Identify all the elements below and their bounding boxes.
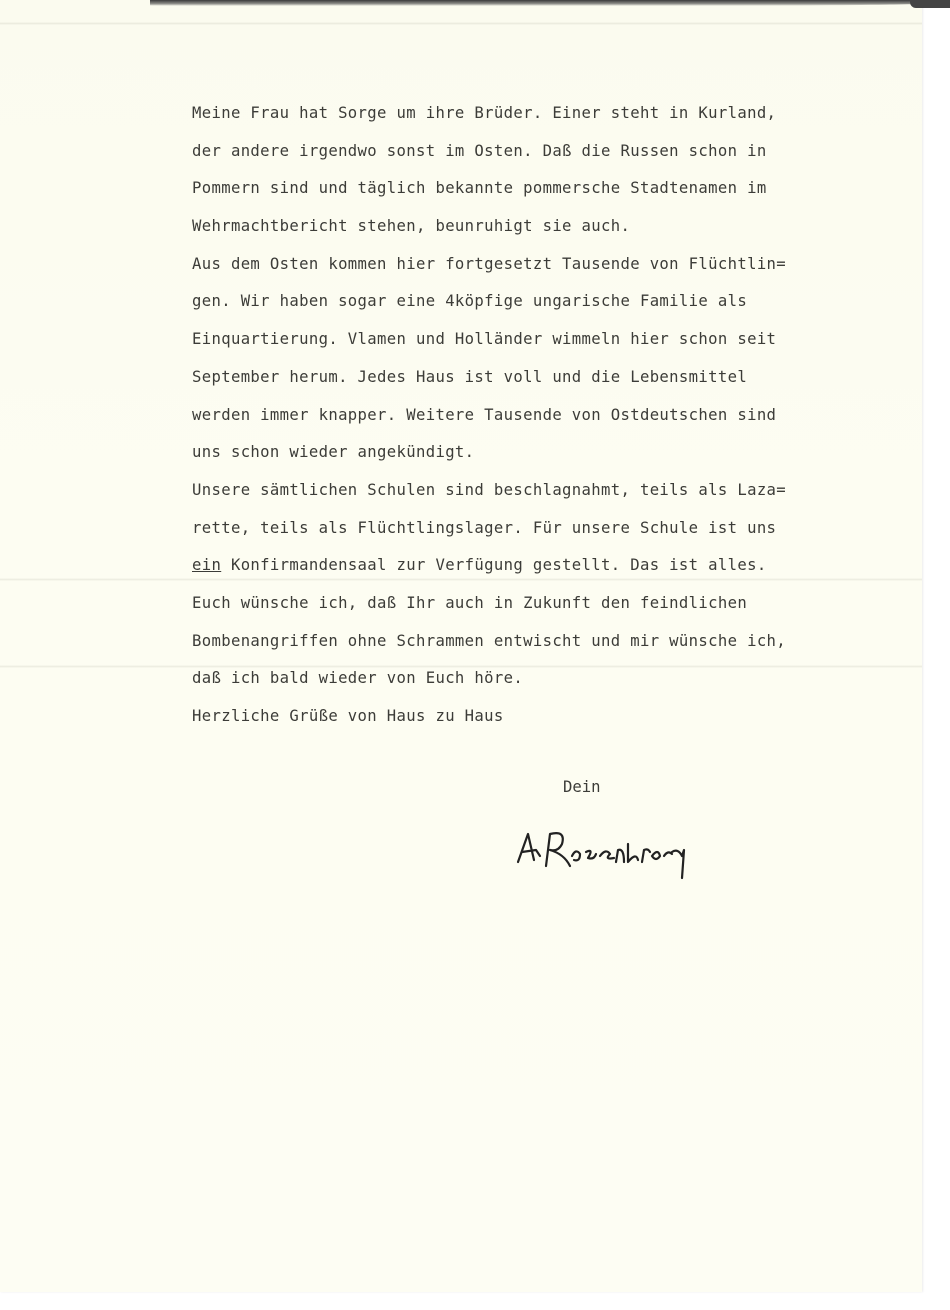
- paper-fold: [0, 22, 922, 25]
- letter-line: der andere irgendwo sonst im Osten. Daß …: [192, 138, 912, 176]
- letter-line-rest: Konfirmandensaal zur Verfügung gestellt.…: [221, 556, 766, 574]
- letter-line: Aus dem Osten kommen hier fortgesetzt Ta…: [192, 251, 912, 289]
- scan-corner-shadow: [910, 0, 950, 8]
- letter-line: werden immer knapper. Weitere Tausende v…: [192, 402, 912, 440]
- letter-page: Meine Frau hat Sorge um ihre Brüder. Ein…: [0, 0, 922, 1292]
- letter-line: Euch wünsche ich, daß Ihr auch in Zukunf…: [192, 590, 912, 628]
- letter-line: Pommern sind und täglich bekannte pommer…: [192, 175, 912, 213]
- letter-line: rette, teils als Flüchtlingslager. Für u…: [192, 515, 912, 553]
- letter-line: Meine Frau hat Sorge um ihre Brüder. Ein…: [192, 100, 912, 138]
- letter-line: daß ich bald wieder von Euch höre.: [192, 665, 912, 703]
- letter-body: Meine Frau hat Sorge um ihre Brüder. Ein…: [192, 100, 912, 741]
- letter-line: Einquartierung. Vlamen und Holländer wim…: [192, 326, 912, 364]
- handwritten-signature: [510, 822, 710, 882]
- letter-line: gen. Wir haben sogar eine 4köpfige ungar…: [192, 288, 912, 326]
- letter-line: uns schon wieder angekündigt.: [192, 439, 912, 477]
- letter-line: Unsere sämtlichen Schulen sind beschlagn…: [192, 477, 912, 515]
- letter-line: Bombenangriffen ohne Schrammen entwischt…: [192, 628, 912, 666]
- closing-word: Dein: [563, 778, 601, 796]
- letter-line: ein Konfirmandensaal zur Verfügung geste…: [192, 552, 912, 590]
- underlined-word: ein: [192, 556, 221, 574]
- letter-line: Herzliche Grüße von Haus zu Haus: [192, 703, 912, 741]
- scan-edge-shadow: [150, 0, 922, 6]
- letter-line: Wehrmachtbericht stehen, beunruhigt sie …: [192, 213, 912, 251]
- letter-line: September herum. Jedes Haus ist voll und…: [192, 364, 912, 402]
